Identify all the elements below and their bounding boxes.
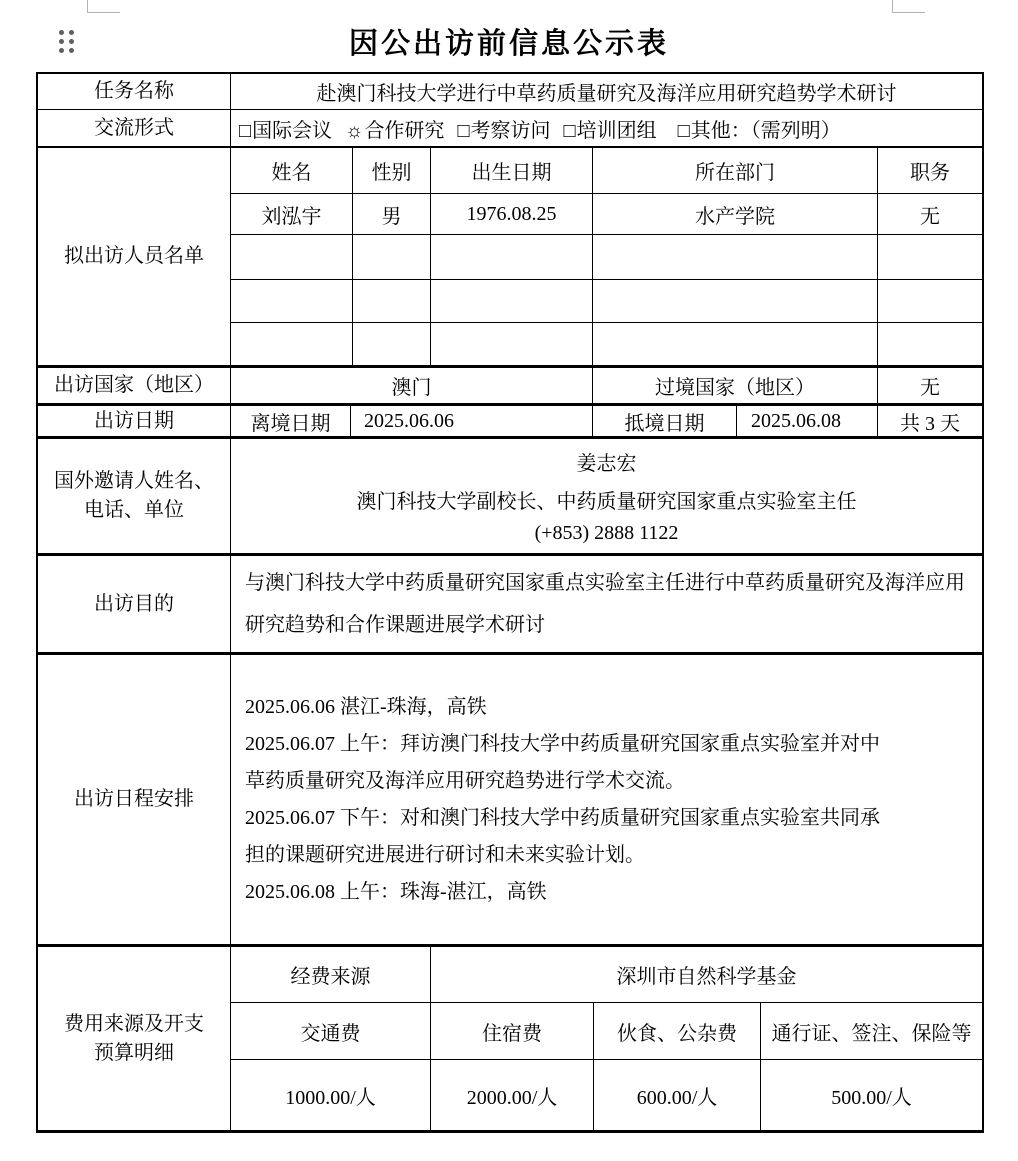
- arrival-date-label: 抵境日期: [593, 406, 737, 436]
- inviter-affiliation: 澳门科技大学副校长、中药质量研究国家重点实验室主任: [357, 485, 857, 514]
- departure-date-label: 离境日期: [231, 406, 351, 436]
- exchange-option-label: 合作研究: [364, 120, 444, 142]
- fee-value-permits: 500.00/人: [761, 1060, 982, 1130]
- inviter-phone: (+853) 2888 1122: [535, 522, 679, 545]
- funding-source-label: 经费来源: [231, 947, 431, 1002]
- person-name: 刘泓宇: [231, 194, 353, 234]
- transit-value: 无: [878, 368, 982, 403]
- fee-value-transport: 1000.00/人: [231, 1060, 431, 1130]
- itinerary-line: 草药质量研究及海洋应用研究趋势进行学术交流。: [245, 763, 982, 800]
- itinerary-line: 2025.06.07 上午：拜访澳门科技大学中药质量研究国家重点实验室并对中: [245, 726, 982, 763]
- personnel-row-empty: [231, 279, 982, 322]
- personnel-row-empty: [231, 322, 982, 365]
- personnel-section-label: 拟出访人员名单: [38, 148, 231, 365]
- task-name-value: 赴澳门科技大学进行中草药质量研究及海洋应用研究趋势学术研讨: [231, 74, 982, 109]
- fee-value-row: 1000.00/人 2000.00/人 600.00/人 500.00/人: [231, 1059, 982, 1130]
- form-table: 任务名称 赴澳门科技大学进行中草药质量研究及海洋应用研究趋势学术研讨 交流形式 …: [36, 72, 984, 1133]
- column-header-birthdate: 出生日期: [431, 148, 593, 193]
- column-header-gender: 性别: [353, 148, 431, 193]
- checkbox-icon: □: [678, 120, 690, 142]
- arrival-date-value: 2025.06.08: [737, 406, 878, 436]
- exchange-option: □培训团组: [564, 114, 657, 143]
- budget-grid: 经费来源 深圳市自然科学基金 交通费 住宿费 伙食、公杂费 通行证、签注、保险等…: [231, 947, 982, 1130]
- exchange-option-label: 其他：（需列明）: [691, 120, 841, 142]
- funding-source-row: 经费来源 深圳市自然科学基金: [231, 947, 982, 1002]
- transit-label: 过境国家（地区）: [593, 368, 878, 403]
- exchange-option: □其他：（需列明）: [678, 114, 841, 143]
- person-birthdate: 1976.08.25: [431, 194, 593, 234]
- checkbox-icon: □: [564, 120, 576, 142]
- fee-header-permits: 通行证、签注、保险等: [761, 1003, 982, 1059]
- itinerary-line: 2025.06.06 湛江-珠海，高铁: [245, 689, 982, 726]
- exchange-option: □考察访问: [457, 114, 550, 143]
- fee-value-lodging: 2000.00/人: [431, 1060, 594, 1130]
- budget-label: 费用来源及开支 预算明细: [38, 947, 231, 1130]
- dates-row: 出访日期 离境日期 2025.06.06 抵境日期 2025.06.08 共 3…: [38, 403, 982, 436]
- fee-header-lodging: 住宿费: [431, 1003, 594, 1059]
- inviter-label: 国外邀请人姓名、 电话、单位: [38, 439, 231, 553]
- personnel-header-row: 姓名 性别 出生日期 所在部门 职务: [231, 148, 982, 193]
- task-name-row: 任务名称 赴澳门科技大学进行中草药质量研究及海洋应用研究趋势学术研讨: [38, 74, 982, 109]
- exchange-option-label: 国际会议: [252, 120, 332, 142]
- personnel-row-empty: [231, 234, 982, 279]
- destination-value: 澳门: [231, 368, 593, 403]
- fee-header-meals: 伙食、公杂费: [594, 1003, 761, 1059]
- itinerary-label: 出访日程安排: [38, 655, 231, 944]
- itinerary-line: 2025.06.08 上午：珠海-湛江，高铁: [245, 874, 982, 911]
- dates-label: 出访日期: [38, 406, 231, 436]
- person-position: 无: [878, 194, 982, 234]
- task-name-label: 任务名称: [38, 74, 231, 109]
- selected-marker-icon: ☼: [345, 120, 363, 142]
- itinerary-line: 2025.06.07 下午：对和澳门科技大学中药质量研究国家重点实验室共同承: [245, 800, 982, 837]
- column-header-name: 姓名: [231, 148, 353, 193]
- fee-header-row: 交通费 住宿费 伙食、公杂费 通行证、签注、保险等: [231, 1002, 982, 1059]
- inviter-row: 国外邀请人姓名、 电话、单位 姜志宏 澳门科技大学副校长、中药质量研究国家重点实…: [38, 436, 982, 553]
- budget-section: 费用来源及开支 预算明细 经费来源 深圳市自然科学基金 交通费 住宿费 伙食、公…: [38, 944, 982, 1130]
- exchange-option-selected: ☼合作研究: [345, 114, 444, 143]
- inviter-name: 姜志宏: [577, 447, 637, 476]
- person-department: 水产学院: [593, 194, 878, 234]
- trip-duration: 共 3 天: [878, 406, 982, 436]
- exchange-form-label: 交流形式: [38, 110, 231, 146]
- itinerary-text: 2025.06.06 湛江-珠海，高铁 2025.06.07 上午：拜访澳门科技…: [231, 655, 982, 944]
- exchange-form-row: 交流形式 □国际会议 ☼合作研究 □考察访问 □培训团组 □其他：（需列明）: [38, 109, 982, 146]
- inviter-info: 姜志宏 澳门科技大学副校长、中药质量研究国家重点实验室主任 (+853) 288…: [231, 439, 982, 553]
- page-title: 因公出访前信息公示表: [0, 21, 1018, 62]
- exchange-option-label: 培训团组: [577, 120, 657, 142]
- personnel-section: 拟出访人员名单 姓名 性别 出生日期 所在部门 职务 刘泓宇 男 1976.08…: [38, 146, 982, 365]
- checkbox-icon: □: [239, 120, 251, 142]
- column-header-position: 职务: [878, 148, 982, 193]
- person-gender: 男: [353, 194, 431, 234]
- departure-date-value: 2025.06.06: [351, 406, 593, 436]
- fee-header-transport: 交通费: [231, 1003, 431, 1059]
- checkbox-icon: □: [457, 120, 469, 142]
- exchange-option-label: 考察访问: [471, 120, 551, 142]
- itinerary-row: 出访日程安排 2025.06.06 湛江-珠海，高铁 2025.06.07 上午…: [38, 652, 982, 944]
- exchange-options: □国际会议 ☼合作研究 □考察访问 □培训团组 □其他：（需列明）: [231, 110, 982, 146]
- fee-value-meals: 600.00/人: [594, 1060, 761, 1130]
- countries-row: 出访国家（地区） 澳门 过境国家（地区） 无: [38, 365, 982, 403]
- purpose-label: 出访目的: [38, 556, 231, 652]
- personnel-grid: 姓名 性别 出生日期 所在部门 职务 刘泓宇 男 1976.08.25 水产学院…: [231, 148, 982, 365]
- column-header-department: 所在部门: [593, 148, 878, 193]
- page-corner-mark-right-icon: [892, 0, 925, 13]
- purpose-row: 出访目的 与澳门科技大学中药质量研究国家重点实验室主任进行中草药质量研究及海洋应…: [38, 553, 982, 652]
- funding-source-value: 深圳市自然科学基金: [431, 947, 982, 1002]
- destination-label: 出访国家（地区）: [38, 368, 231, 403]
- personnel-row: 刘泓宇 男 1976.08.25 水产学院 无: [231, 193, 982, 234]
- itinerary-line: 担的课题研究进展进行研讨和未来实验计划。: [245, 837, 982, 874]
- exchange-option: □国际会议: [239, 114, 332, 143]
- purpose-text: 与澳门科技大学中药质量研究国家重点实验室主任进行中草药质量研究及海洋应用研究趋势…: [231, 556, 982, 652]
- page-corner-mark-left-icon: [87, 0, 120, 13]
